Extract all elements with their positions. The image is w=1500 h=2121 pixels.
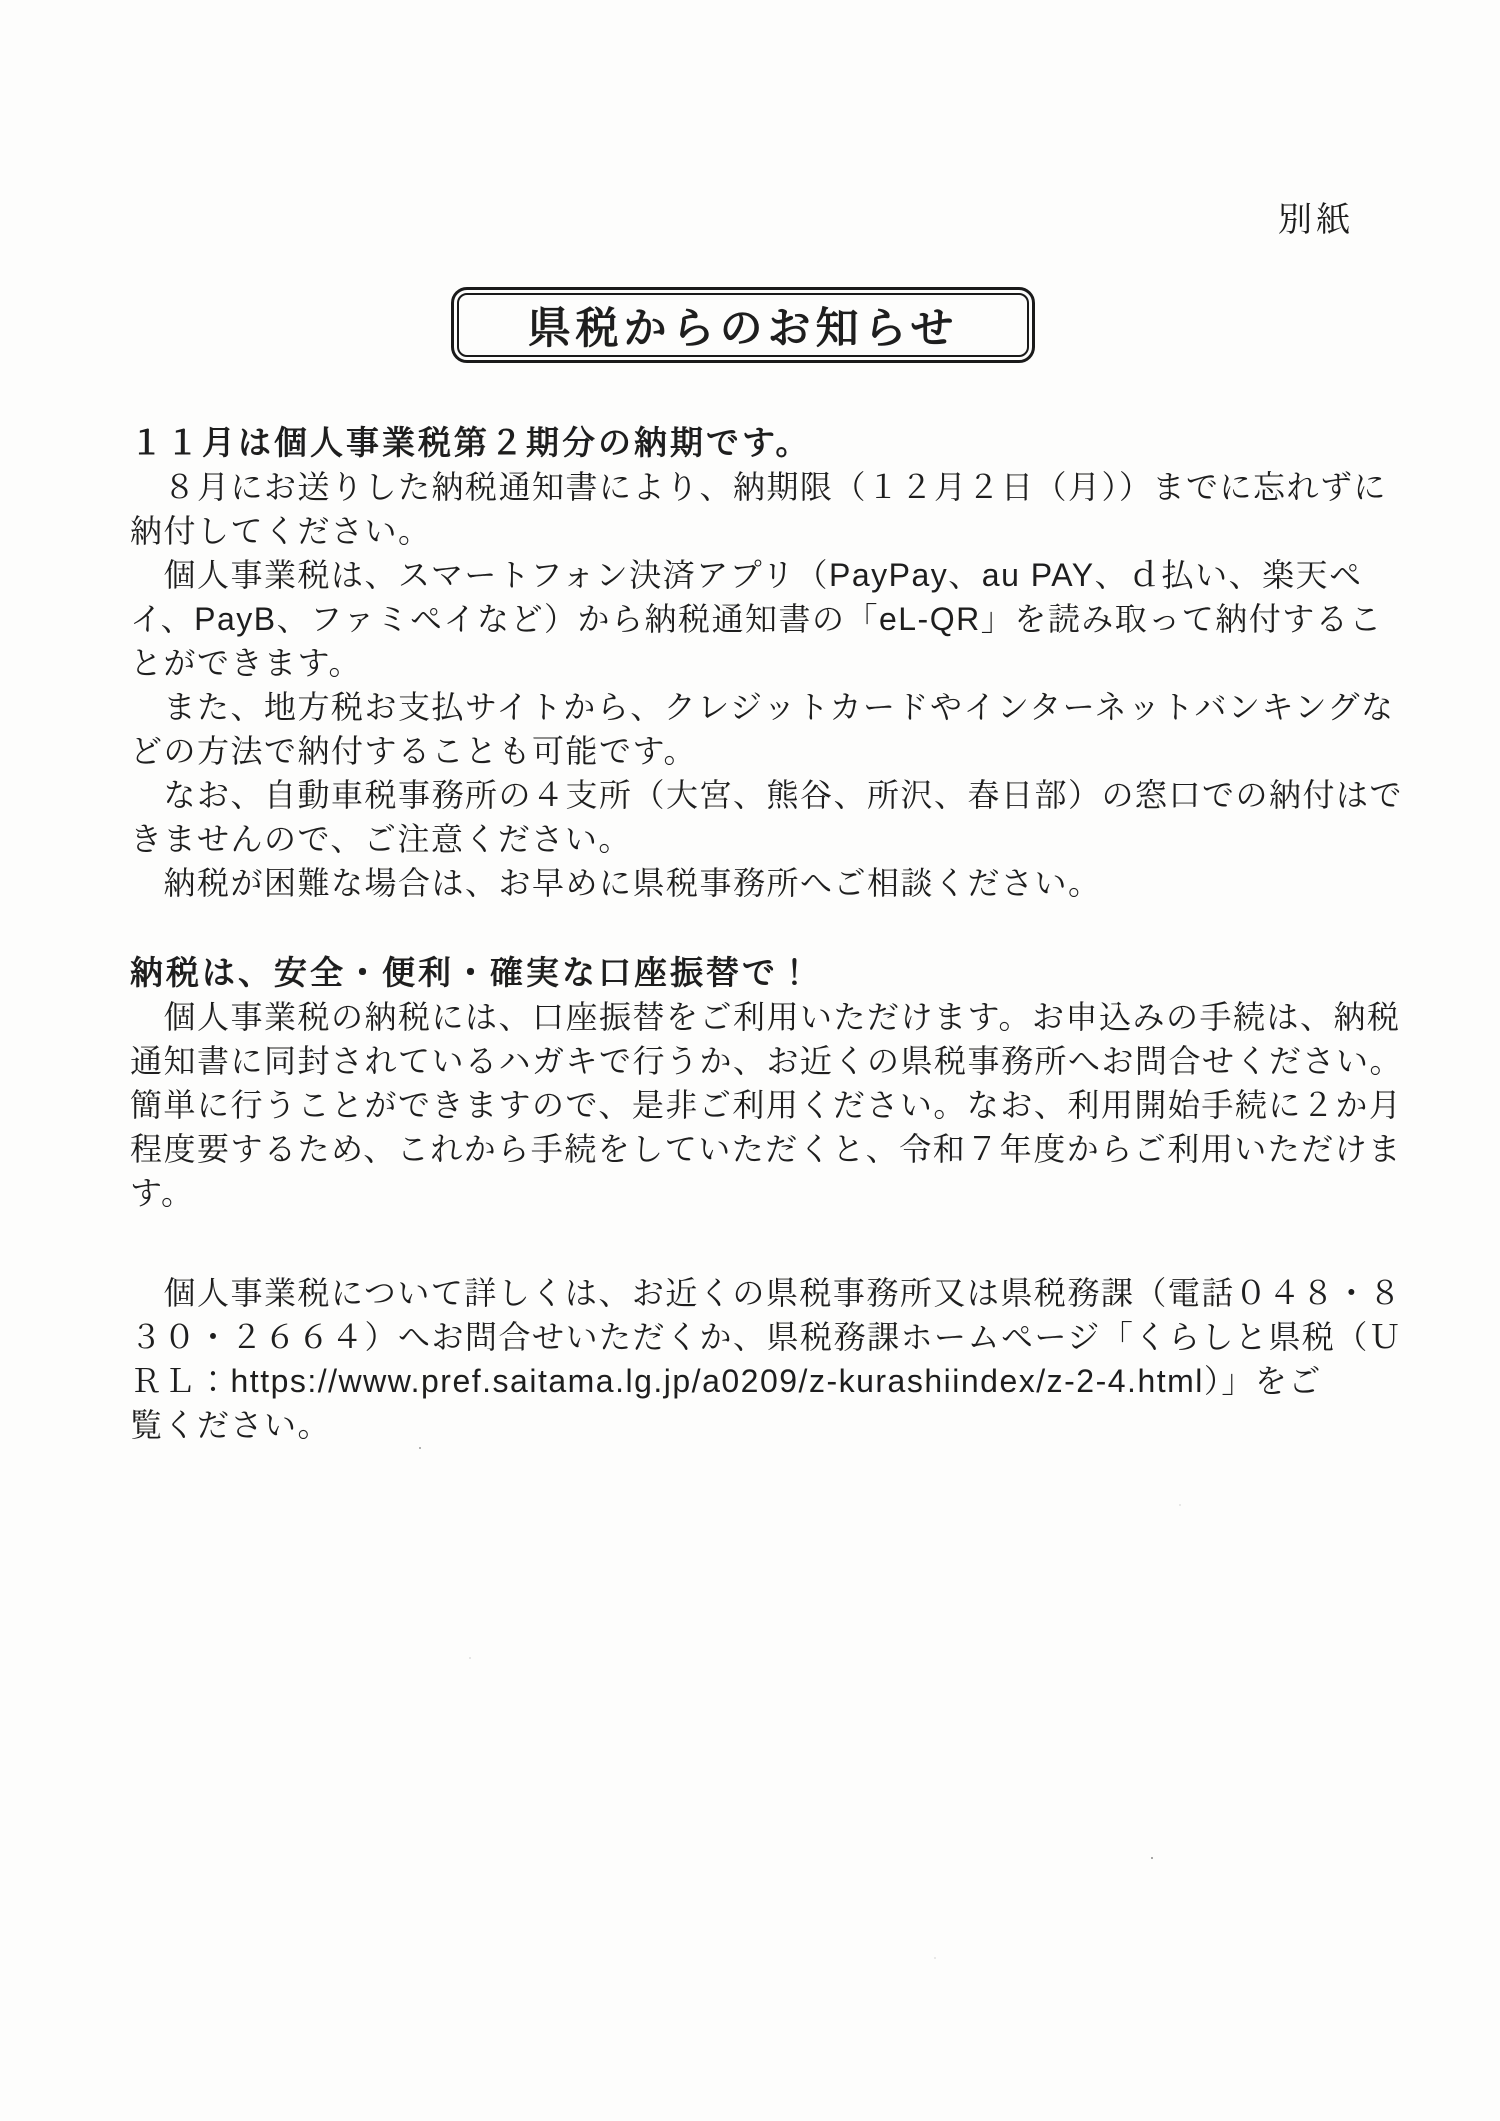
paragraph: また、地方税お支払サイトから、クレジットカードやインターネットバンキングな どの… [130, 685, 1470, 773]
text-line: とができます。 [130, 641, 1470, 685]
text-line: 納税が困難な場合は、お早めに県税事務所へご相談ください。 [130, 861, 1470, 905]
text-line: 個人事業税の納税には、口座振替をご利用いただけます。お申込みの手続は、納税 [130, 995, 1470, 1039]
document-body: １１月は個人事業税第２期分の納期です。 ８月にお送りした納税通知書により、納期限… [130, 421, 1470, 1447]
page-title: 県税からのお知らせ [528, 295, 959, 356]
text-line: きませんので、ご注意ください。 [130, 817, 1470, 861]
text-line: ＲＬ：https://www.pref.saitama.lg.jp/a0209/… [130, 1359, 1470, 1403]
paragraph: ８月にお送りした納税通知書により、納期限（１２月２日（月））までに忘れずに 納付… [130, 465, 1470, 553]
text-line: ８月にお送りした納税通知書により、納期限（１２月２日（月））までに忘れずに [130, 465, 1470, 509]
section-november-deadline: １１月は個人事業税第２期分の納期です。 ８月にお送りした納税通知書により、納期限… [130, 421, 1470, 905]
paragraph: 個人事業税について詳しくは、お近くの県税事務所又は県税務課（電話０４８・８ ３０… [130, 1271, 1470, 1447]
title-box: 県税からのお知らせ [451, 287, 1035, 363]
paragraph: 個人事業税は、スマートフォン決済アプリ（PayPay、au PAY、ｄ払い、楽天… [130, 553, 1470, 685]
paragraph: 個人事業税の納税には、口座振替をご利用いただけます。お申込みの手続は、納税 通知… [130, 995, 1470, 1215]
text-line: 納付してください。 [130, 509, 1470, 553]
paragraph: なお、自動車税事務所の４支所（大宮、熊谷、所沢、春日部）の窓口での納付はで きま… [130, 773, 1470, 861]
text-line: 簡単に行うことができますので、是非ご利用ください。なお、利用開始手続に２か月 [130, 1083, 1470, 1127]
text-line: なお、自動車税事務所の４支所（大宮、熊谷、所沢、春日部）の窓口での納付はで [130, 773, 1470, 817]
section-heading: 納税は、安全・便利・確実な口座振替で！ [130, 951, 1470, 995]
text-line: イ、PayB、ファミペイなど）から納税通知書の「eL-QR」を読み取って納付する… [130, 597, 1470, 641]
text-line: 覧ください。 [130, 1403, 1470, 1447]
section-contact-info: 個人事業税について詳しくは、お近くの県税事務所又は県税務課（電話０４８・８ ３０… [130, 1271, 1470, 1447]
document-page: 別紙 県税からのお知らせ １１月は個人事業税第２期分の納期です。 ８月にお送りし… [0, 0, 1500, 2121]
section-heading: １１月は個人事業税第２期分の納期です。 [130, 421, 1470, 465]
text-line: ３０・２６６４）へお問合せいただくか、県税務課ホームページ「くらしと県税（Ｕ [130, 1315, 1470, 1359]
section-direct-debit: 納税は、安全・便利・確実な口座振替で！ 個人事業税の納税には、口座振替をご利用い… [130, 951, 1470, 1215]
text-line: どの方法で納付することも可能です。 [130, 729, 1470, 773]
text-line: 個人事業税について詳しくは、お近くの県税事務所又は県税務課（電話０４８・８ [130, 1271, 1470, 1315]
text-line: 通知書に同封されているハガキで行うか、お近くの県税事務所へお問合せください。 [130, 1039, 1470, 1083]
text-line: また、地方税お支払サイトから、クレジットカードやインターネットバンキングな [130, 685, 1470, 729]
text-line: 程度要するため、これから手続をしていただくと、令和７年度からご利用いただけま [130, 1127, 1470, 1171]
corner-label: 別紙 [1278, 192, 1354, 241]
title-box-inner: 県税からのお知らせ [457, 293, 1029, 357]
text-line: す。 [130, 1171, 1470, 1215]
text-line: 個人事業税は、スマートフォン決済アプリ（PayPay、au PAY、ｄ払い、楽天… [130, 553, 1470, 597]
paragraph: 納税が困難な場合は、お早めに県税事務所へご相談ください。 [130, 861, 1470, 905]
